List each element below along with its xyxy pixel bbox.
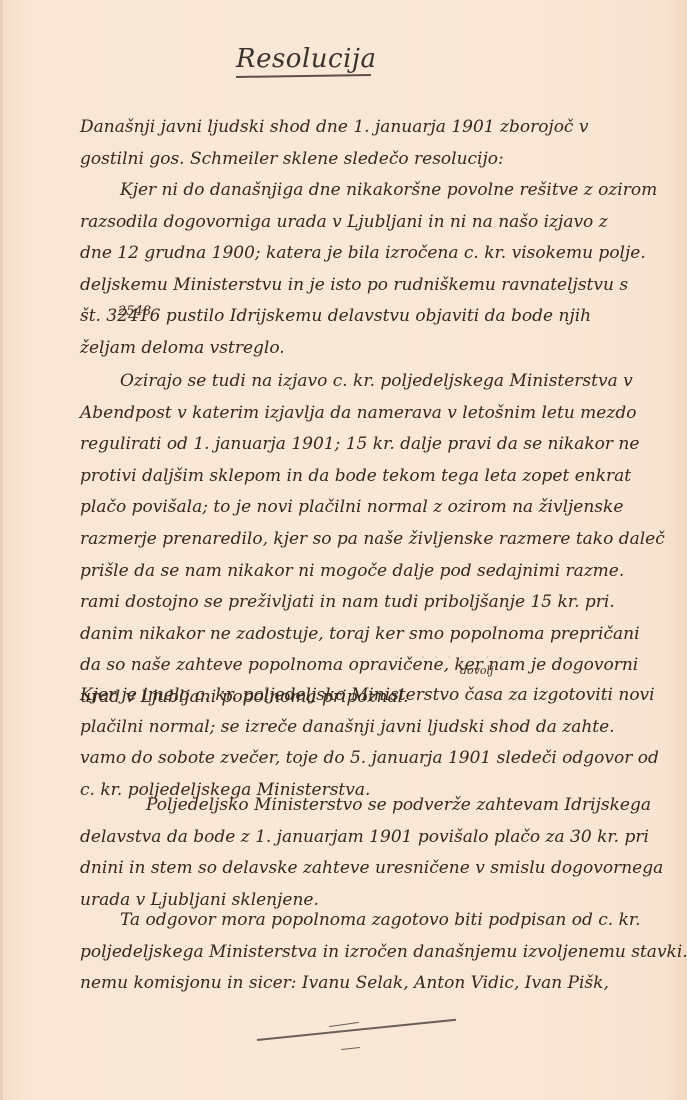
text-line: prišle da se nam nikakor ni mogoče dalje… — [80, 556, 670, 588]
text-line: deljskemu Ministerstvu in je isto po rud… — [80, 270, 670, 302]
fraction-denominator: 2548 — [118, 304, 151, 319]
closing-flourish-dash — [329, 1022, 359, 1027]
text-line: regulirati od 1. januarja 1901; 15 kr. d… — [80, 429, 670, 461]
text-line: vamo do sobote zvečer, toje do 5. januar… — [80, 743, 670, 775]
text-line: željam deloma vstreglo. — [80, 333, 670, 365]
text-line: razsodila dogovorniga urada v Ljubljani … — [80, 207, 670, 239]
document-title: Resolucija — [236, 44, 376, 74]
text-line: Kjer je imelo c. kr. poljedeljsko Minist… — [80, 680, 670, 712]
text-line: dnini in stem so delavske zahteve uresni… — [80, 853, 670, 885]
text-line: št. 32416 pustilo Idrijskemu delavstvu o… — [80, 301, 670, 333]
text-line: Današnji javni ljudski shod dne 1. janua… — [80, 112, 670, 144]
title-underline — [236, 74, 371, 77]
text-line: Abendpost v katerim izjavlja da namerava… — [80, 398, 670, 430]
text-line: razmerje prenaredilo, kjer so pa naše ži… — [80, 524, 670, 556]
text-line: plačo povišala; to je novi plačilni norm… — [80, 492, 670, 524]
paragraph-3: Kjer je imelo c. kr. poljedeljsko Minist… — [80, 680, 670, 806]
text-line: plačilni normal; se izreče današnji javn… — [80, 712, 670, 744]
paragraph-1: Kjer ni do današnjiga dne nikakoršne pov… — [80, 175, 670, 365]
text-line: Ozirajo se tudi na izjavo c. kr. poljede… — [80, 366, 670, 398]
paragraph-5: Ta odgovor mora popolnoma zagotovo biti … — [80, 905, 670, 1000]
text-line: nemu komisjonu in sicer: Ivanu Selak, An… — [80, 968, 670, 1000]
text-line: rami dostojno se preživljati in nam tudi… — [80, 587, 670, 619]
paper-page: Resolucija Današnji javni ljudski shod d… — [0, 0, 687, 1100]
text-line: delavstva da bode z 1. januarjam 1901 po… — [80, 822, 670, 854]
text-line: poljedeljskega Ministerstva in izročen d… — [80, 937, 670, 969]
text-line: Poljedeljsko Ministerstvo se podverže za… — [80, 790, 670, 822]
text-line: gostilni gos. Schmeiler sklene sledečo r… — [80, 144, 670, 176]
page-edge — [0, 0, 3, 1100]
text-line: Ta odgovor mora popolnoma zagotovo biti … — [80, 905, 670, 937]
text-line: danim nikakor ne zadostuje, toraj ker sm… — [80, 619, 670, 651]
insertion-note: dovolj — [460, 664, 493, 677]
paragraph-intro: Današnji javni ljudski shod dne 1. janua… — [80, 112, 670, 175]
text-line: dne 12 grudna 1900; katera je bila izroč… — [80, 238, 670, 270]
text-line: protivi daljšim sklepom in da bode tekom… — [80, 461, 670, 493]
paragraph-2: Ozirajo se tudi na izjavo c. kr. poljede… — [80, 366, 670, 714]
paragraph-4: Poljedeljsko Ministerstvo se podverže za… — [80, 790, 670, 916]
closing-flourish-dash — [341, 1047, 360, 1050]
text-line: Kjer ni do današnjiga dne nikakoršne pov… — [80, 175, 670, 207]
text-line: da so naše zahteve popolnoma opravičene,… — [80, 650, 670, 682]
